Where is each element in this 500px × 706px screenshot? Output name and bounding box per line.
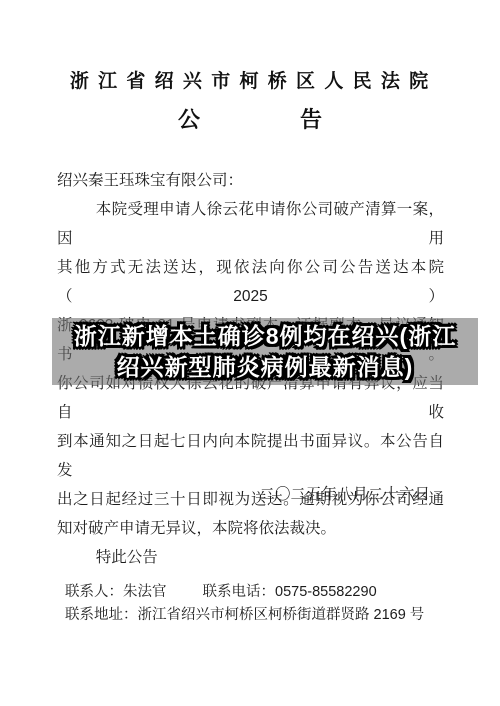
- overlay-headline-line1: 浙江新增本土确诊8例均在绍兴(浙江: [74, 321, 456, 352]
- contact-block: 联系人：朱法官 联系电话：0575-85582290 联系地址：浙江省绍兴市柯桥…: [65, 581, 424, 626]
- overlay-headline-line2: 绍兴新型肺炎病例最新消息): [117, 352, 414, 383]
- contact-address: 联系地址：浙江省绍兴市柯桥区柯桥街道群贤路 2169 号: [65, 604, 424, 627]
- notice-title: 公 告: [0, 103, 500, 134]
- body-line: 本院受理申请人徐云花申请你公司破产清算一案，因用: [57, 195, 444, 253]
- headline-overlay-band: 浙江新增本土确诊8例均在绍兴(浙江 绍兴新型肺炎病例最新消息): [52, 318, 478, 385]
- date-line: 二〇二五年八月二十六日: [259, 482, 430, 504]
- notice-char-right: 告: [300, 103, 322, 134]
- body-line: 到本通知之日起七日内向本院提出书面异议。本公告自发: [57, 427, 444, 485]
- court-notice-page: 浙 江 省 绍 兴 市 柯 桥 区 人 民 法 院 公 告 绍兴秦王珏珠宝有限公…: [0, 0, 500, 706]
- contact-phone: 联系电话：0575-85582290: [203, 584, 377, 600]
- notice-char-left: 公: [178, 103, 200, 134]
- addressee-line: 绍兴秦王珏珠宝有限公司：: [57, 166, 444, 195]
- contact-row-1: 联系人：朱法官 联系电话：0575-85582290: [65, 581, 424, 604]
- body-line: 知对破产申请无异议，本院将依法裁决。: [57, 514, 444, 543]
- closing-line: 特此公告: [57, 543, 444, 572]
- body-line: 其他方式无法送达，现依法向你公司公告送达本院（2025）: [57, 253, 444, 311]
- court-name-title: 浙 江 省 绍 兴 市 柯 桥 区 人 民 法 院: [0, 66, 500, 93]
- contact-person: 联系人：朱法官: [65, 584, 167, 600]
